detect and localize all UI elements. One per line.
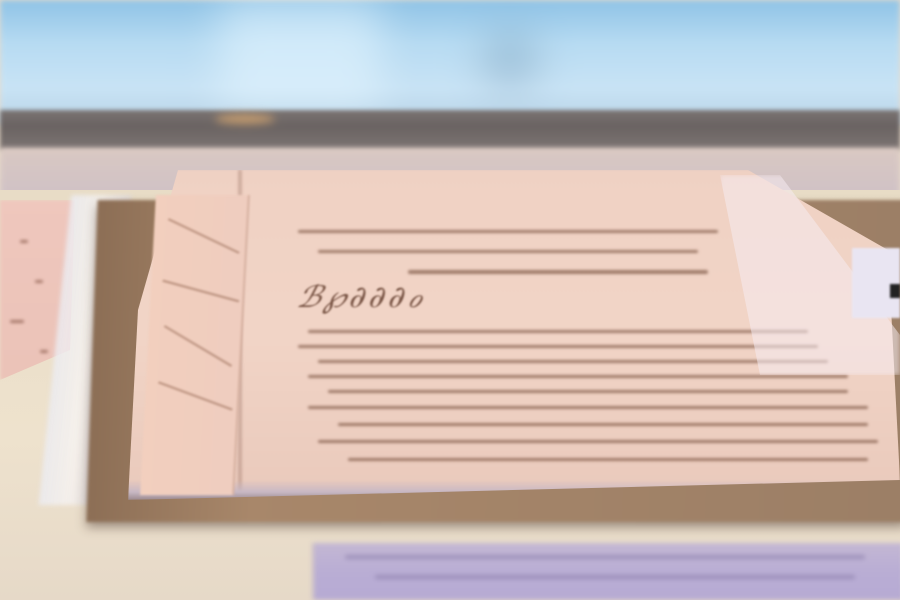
photo-scene: ℬ℘∂∂∂ℴ Antique handwritten manuscript on… bbox=[0, 0, 900, 600]
manuscript-heading: ℬ℘∂∂∂ℴ bbox=[293, 280, 431, 315]
display-shelf-edge bbox=[0, 110, 900, 150]
info-label-card bbox=[312, 543, 900, 600]
card-mark bbox=[890, 284, 900, 298]
light-reflection bbox=[215, 114, 275, 124]
light-glow bbox=[220, 0, 380, 110]
blurred-background bbox=[0, 0, 900, 125]
folded-flap bbox=[140, 195, 250, 495]
right-edge-card bbox=[852, 248, 900, 318]
background-shade bbox=[480, 30, 540, 90]
